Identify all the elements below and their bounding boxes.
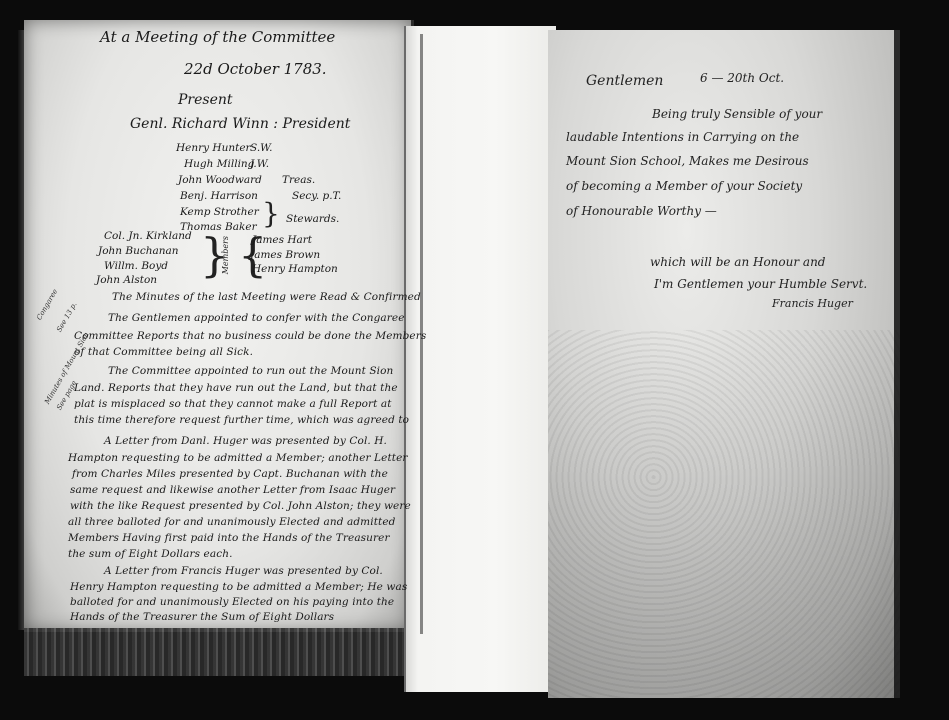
members-label: Members — [221, 236, 230, 274]
member-right: James Hart — [252, 235, 312, 246]
president-line: Genl. Richard Winn : President — [130, 117, 350, 131]
left-page-bottom-stain — [24, 628, 414, 676]
minutes-line: with the like Request presented by Col. … — [70, 501, 411, 512]
minutes-line: Members Having first paid into the Hands… — [68, 533, 390, 544]
letter-signature: Francis Huger — [772, 298, 853, 309]
letter-line: which will be an Honour and — [650, 256, 825, 268]
stewards-brace: } — [262, 200, 280, 228]
officer-name: Henry Hunter — [176, 143, 251, 154]
minutes-line: this time therefore request further time… — [74, 415, 409, 426]
letter-page-mottling — [548, 330, 900, 698]
minutes-line: Henry Hampton requesting to be admitted … — [70, 582, 407, 593]
member-left: John Alston — [96, 275, 157, 286]
minutes-line: plat is misplaced so that they cannot ma… — [74, 399, 392, 410]
present-label: Present — [178, 93, 233, 107]
minutes-line: The Minutes of the last Meeting were Rea… — [112, 292, 421, 303]
minutes-line: Committee Reports that no business could… — [74, 331, 426, 342]
member-right: Henry Hampton — [252, 264, 338, 275]
member-left: Willm. Boyd — [104, 261, 168, 272]
officer-name: Hugh Milling — [184, 159, 254, 170]
minutes-line: Land. Reports that they have run out the… — [74, 383, 398, 394]
stewards-label: Stewards. — [286, 214, 339, 225]
minutes-line: all three balloted for and unanimously E… — [68, 517, 395, 528]
officer-name: Benj. Harrison — [180, 191, 258, 202]
letter-line: of Honourable Worthy — — [566, 205, 717, 217]
minutes-heading: At a Meeting of the Committee — [100, 30, 335, 45]
letter-line: Mount Sion School, Makes me Desirous — [566, 155, 809, 167]
member-right: James Brown — [250, 250, 320, 261]
officer-title: Treas. — [282, 175, 315, 186]
minutes-line: A Letter from Danl. Huger was presented … — [104, 436, 387, 447]
minutes-line: of that Committee being all Sick. — [74, 347, 253, 358]
officer-title: Secy. p.T. — [292, 191, 341, 202]
blank-interleaf-page — [404, 26, 556, 692]
minutes-line: Hands of the Treasurer the Sum of Eight … — [70, 612, 334, 623]
letter-line: of becoming a Member of your Society — [566, 180, 802, 192]
member-left: John Buchanan — [98, 246, 179, 257]
officer-name: John Woodward — [178, 175, 262, 186]
minutes-line: The Committee appointed to run out the M… — [108, 366, 393, 377]
minutes-line: the sum of Eight Dollars each. — [68, 549, 233, 560]
minutes-line: A Letter from Francis Huger was presente… — [104, 566, 383, 577]
member-left: Col. Jn. Kirkland — [104, 231, 192, 242]
letter-line: laudable Intentions in Carrying on the — [566, 131, 799, 143]
minutes-line: Hampton requesting to be admitted a Memb… — [68, 453, 408, 464]
officer-title: J.W. — [250, 159, 269, 170]
letter-closing: I'm Gentlemen your Humble Servt. — [654, 278, 867, 290]
minutes-line: same request and likewise another Letter… — [70, 485, 395, 496]
minutes-date: 22d October 1783. — [184, 62, 327, 77]
minutes-line: The Gentlemen appointed to confer with t… — [108, 313, 405, 324]
letter-line: Being truly Sensible of your — [652, 108, 822, 120]
minutes-line: from Charles Miles presented by Capt. Bu… — [72, 469, 388, 480]
minutes-line: balloted for and unanimously Elected on … — [70, 597, 394, 608]
officer-title: S.W. — [250, 143, 272, 154]
letter-dateline: 6 — 20th Oct. — [700, 72, 784, 84]
officer-name: Kemp Strother — [180, 207, 259, 218]
letter-salutation: Gentlemen — [586, 74, 663, 88]
